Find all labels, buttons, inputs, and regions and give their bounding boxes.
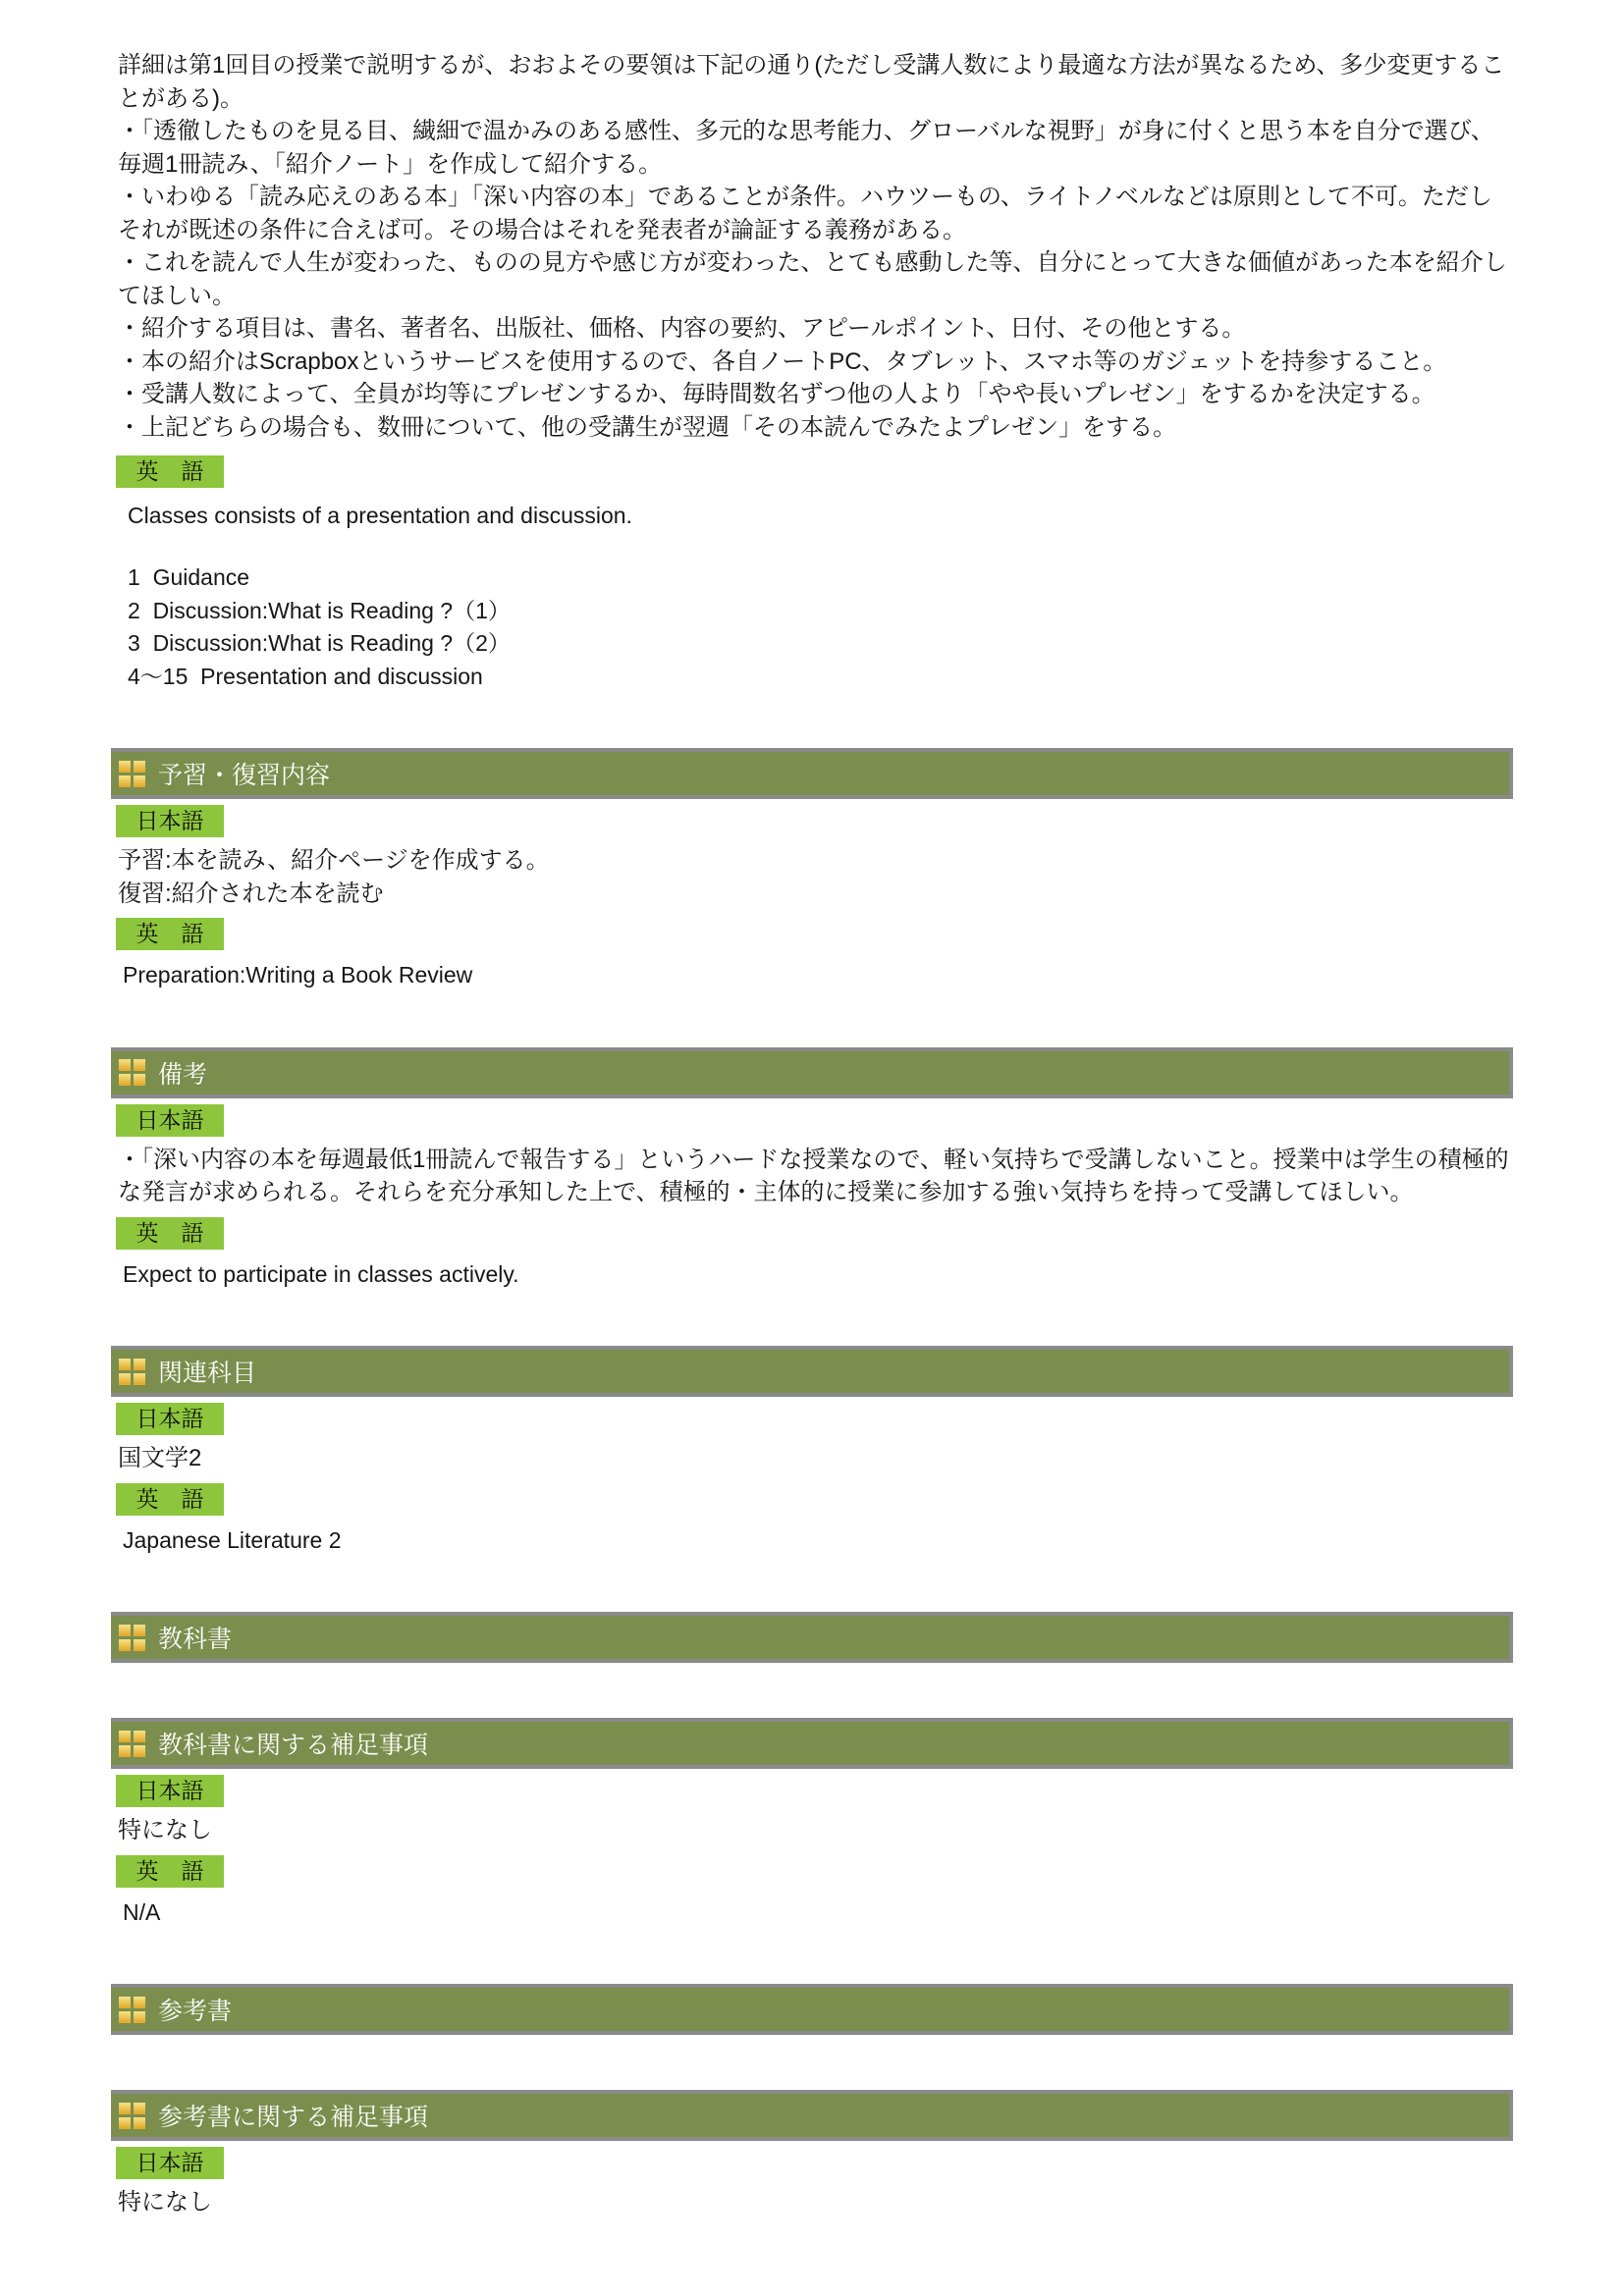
english-text: N/A — [111, 1896, 1513, 1930]
japanese-label: 日本語 — [116, 2147, 224, 2179]
squares-icon — [119, 1059, 145, 1086]
section-header: 備考 — [111, 1047, 1513, 1098]
japanese-text: 特になし — [111, 1814, 1513, 1847]
section-title: 予習・復習内容 — [158, 756, 330, 791]
schedule-item: 4〜15 Presentation and discussion — [111, 661, 1513, 694]
english-label: 英 語 — [116, 455, 224, 488]
japanese-label: 日本語 — [116, 805, 224, 837]
schedule-item: 3 Discussion:What is Reading ?（2） — [111, 627, 1513, 661]
section-header: 参考書に関する補足事項 — [111, 2090, 1513, 2141]
squares-icon — [119, 2103, 145, 2129]
squares-icon — [119, 761, 145, 787]
section-header: 予習・復習内容 — [111, 748, 1513, 799]
section-header: 教科書に関する補足事項 — [111, 1718, 1513, 1769]
section-title: 教科書に関する補足事項 — [158, 1726, 428, 1761]
schedule-list: 1 Guidance 2 Discussion:What is Reading … — [111, 561, 1513, 693]
squares-icon — [119, 1359, 145, 1385]
english-text: Japanese Literature 2 — [111, 1524, 1513, 1558]
syllabus-page: 詳細は第1回目の授業で説明するが、おおよその要領は下記の通り(ただし受講人数によ… — [0, 0, 1623, 2219]
section-header: 教科書 — [111, 1612, 1513, 1663]
japanese-label: 日本語 — [116, 1403, 224, 1435]
section-preparation-review: 予習・復習内容 日本語 予習:本を読み、紹介ページを作成する。 復習:紹介された… — [111, 748, 1513, 992]
squares-icon — [119, 1731, 145, 1757]
section-textbook-notes: 教科書に関する補足事項 日本語 特になし 英 語 N/A — [111, 1718, 1513, 1929]
intro-paragraph: ・これを読んで人生が変わった、ものの見方や感じ方が変わった、とても感動した等、自… — [111, 246, 1513, 312]
japanese-label: 日本語 — [116, 1104, 224, 1137]
schedule-item: 2 Discussion:What is Reading ?（1） — [111, 595, 1513, 628]
section-header: 関連科目 — [111, 1346, 1513, 1397]
english-label: 英 語 — [116, 918, 224, 950]
intro-paragraph: ・本の紹介はScrapboxというサービスを使用するので、各自ノートPC、タブレ… — [111, 346, 1513, 379]
squares-icon — [119, 1625, 145, 1651]
section-title: 教科書 — [158, 1620, 232, 1655]
intro-paragraph: ・紹介する項目は、書名、著者名、出版社、価格、内容の要約、アピールポイント、日付… — [111, 312, 1513, 346]
japanese-text: 国文学2 — [111, 1442, 1513, 1475]
section-related-courses: 関連科目 日本語 国文学2 英 語 Japanese Literature 2 — [111, 1346, 1513, 1557]
japanese-text: ・「深い内容の本を毎週最低1冊読んで報告する」というハードな授業なので、軽い気持… — [111, 1144, 1513, 1209]
intro-paragraph: ・いわゆる「読み応えのある本」「深い内容の本」であることが条件。ハウツーもの、ラ… — [111, 181, 1513, 246]
english-label: 英 語 — [116, 1855, 224, 1888]
section-title: 参考書 — [158, 1992, 232, 2027]
section-remarks: 備考 日本語 ・「深い内容の本を毎週最低1冊読んで報告する」というハードな授業な… — [111, 1047, 1513, 1292]
section-header: 参考書 — [111, 1984, 1513, 2035]
section-title: 参考書に関する補足事項 — [158, 2098, 428, 2133]
schedule-item: 1 Guidance — [111, 561, 1513, 595]
japanese-text: 予習:本を読み、紹介ページを作成する。 復習:紹介された本を読む — [111, 844, 1513, 910]
english-text: Expect to participate in classes activel… — [111, 1258, 1513, 1292]
intro-paragraph: ・受講人数によって、全員が均等にプレゼンするか、毎時間数名ずつ他の人より「やや長… — [111, 378, 1513, 411]
intro-paragraph: ・上記どちらの場合も、数冊について、他の受講生が翌週「その本読んでみたよプレゼン… — [111, 411, 1513, 445]
section-title: 備考 — [158, 1055, 207, 1091]
section-reference-books: 参考書 — [111, 1984, 1513, 2035]
section-textbook: 教科書 — [111, 1612, 1513, 1663]
japanese-text: 特になし — [111, 2186, 1513, 2219]
section-title: 関連科目 — [158, 1354, 256, 1389]
english-label: 英 語 — [116, 1217, 224, 1250]
english-label: 英 語 — [116, 1483, 224, 1516]
english-intro-text: Classes consists of a presentation and d… — [111, 500, 1513, 532]
japanese-label: 日本語 — [116, 1775, 224, 1807]
section-reference-notes: 参考書に関する補足事項 日本語 特になし — [111, 2090, 1513, 2219]
squares-icon — [119, 1997, 145, 2023]
intro-paragraph: ・「透徹したものを見る目、繊細で温かみのある感性、多元的な思考能力、グローバルな… — [111, 115, 1513, 181]
intro-paragraph: 詳細は第1回目の授業で説明するが、おおよその要領は下記の通り(ただし受講人数によ… — [111, 49, 1513, 115]
intro-japanese-block: 詳細は第1回目の授業で説明するが、おおよその要領は下記の通り(ただし受講人数によ… — [111, 49, 1513, 444]
english-text: Preparation:Writing a Book Review — [111, 959, 1513, 992]
